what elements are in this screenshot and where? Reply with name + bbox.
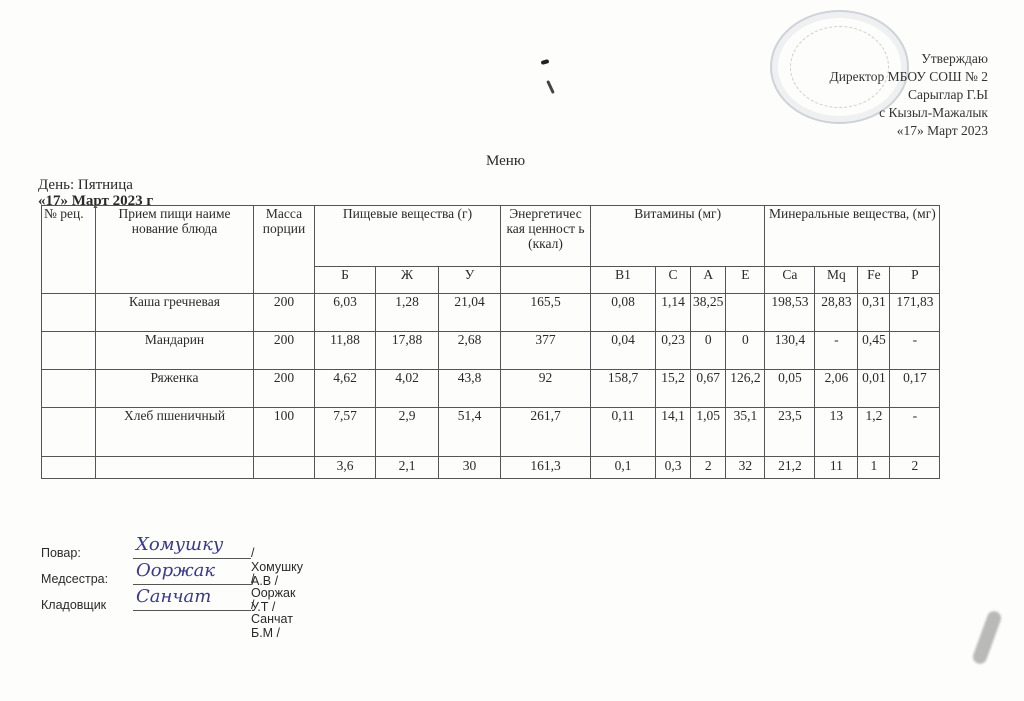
cell-ca: 21,2: [765, 457, 815, 479]
header-mass: Масса порции: [254, 206, 315, 294]
cell-ca: 0,05: [765, 370, 815, 408]
cell-no: [42, 332, 96, 370]
header-nutrients: Пищевые вещества (г): [315, 206, 501, 267]
table-body: Каша гречневая2006,031,2821,04165,50,081…: [42, 294, 940, 479]
approval-block: Утверждаю Директор МБОУ СОШ № 2 Сарыглар…: [830, 50, 989, 140]
cell-mass: 200: [254, 294, 315, 332]
signature-line: [133, 584, 251, 585]
subheader-e: E: [726, 267, 765, 294]
cell-zh: 1,28: [376, 294, 439, 332]
cell-zh: 2,1: [376, 457, 439, 479]
cell-dish: Ряженка: [96, 370, 254, 408]
table-row: Хлеб пшеничный1007,572,951,4261,70,1114,…: [42, 408, 940, 457]
header-recipe-no: № рец.: [42, 206, 96, 294]
cell-c: 15,2: [656, 370, 691, 408]
cell-b: 6,03: [315, 294, 376, 332]
cell-no: [42, 408, 96, 457]
cell-energy: 92: [501, 370, 591, 408]
cell-energy: 377: [501, 332, 591, 370]
cell-a: 2: [691, 457, 726, 479]
cell-dish: Хлеб пшеничный: [96, 408, 254, 457]
cell-ca: 130,4: [765, 332, 815, 370]
page-title: Меню: [486, 153, 525, 170]
approval-line: «17» Март 2023: [830, 122, 989, 140]
cell-p: 171,83: [890, 294, 940, 332]
handwritten-signature: Ооржак: [136, 560, 215, 581]
cell-b1: 0,1: [591, 457, 656, 479]
handwritten-signature: Хомушку: [136, 534, 223, 555]
cell-e: 32: [726, 457, 765, 479]
subheader-fat: Ж: [376, 267, 439, 294]
cell-zh: 17,88: [376, 332, 439, 370]
cell-a: 1,05: [691, 408, 726, 457]
approval-line: Директор МБОУ СОШ № 2: [830, 68, 989, 86]
subheader-ca: Ca: [765, 267, 815, 294]
cell-c: 0,3: [656, 457, 691, 479]
subheader-energy-empty: [501, 267, 591, 294]
subheader-c: C: [656, 267, 691, 294]
table-row: Каша гречневая2006,031,2821,04165,50,081…: [42, 294, 940, 332]
cell-mq: 11: [815, 457, 858, 479]
cell-b1: 0,04: [591, 332, 656, 370]
cell-b: 11,88: [315, 332, 376, 370]
table-row: Мандарин20011,8817,882,683770,040,230013…: [42, 332, 940, 370]
cell-a: 38,25: [691, 294, 726, 332]
cell-a: 0,67: [691, 370, 726, 408]
cell-a: 0: [691, 332, 726, 370]
cell-energy: 161,3: [501, 457, 591, 479]
subheader-carbs: У: [439, 267, 501, 294]
signature-role: Кладовщик: [41, 598, 106, 612]
signature-role: Повар:: [41, 546, 81, 560]
cell-mq: 13: [815, 408, 858, 457]
cell-dish: Мандарин: [96, 332, 254, 370]
cell-u: 51,4: [439, 408, 501, 457]
cell-b: 3,6: [315, 457, 376, 479]
cell-e: [726, 294, 765, 332]
approval-line: Утверждаю: [830, 50, 989, 68]
cell-fe: 0,45: [858, 332, 890, 370]
signature-name: / Санчат Б.М /: [251, 598, 293, 640]
handwritten-signature: Санчат: [136, 586, 211, 607]
cell-u: 2,68: [439, 332, 501, 370]
cell-e: 0: [726, 332, 765, 370]
cell-mass: [254, 457, 315, 479]
cell-u: 21,04: [439, 294, 501, 332]
cell-zh: 2,9: [376, 408, 439, 457]
cell-p: 0,17: [890, 370, 940, 408]
header-dish: Прием пищи наиме нование блюда: [96, 206, 254, 294]
cell-p: -: [890, 408, 940, 457]
approval-line: с Кызыл-Мажалык: [830, 104, 989, 122]
header-energy: Энергетичес кая ценност ь (ккал): [501, 206, 591, 267]
approval-line: Сарыглар Г.Ы: [830, 86, 989, 104]
signature-line: [133, 558, 251, 559]
cell-energy: 261,7: [501, 408, 591, 457]
cell-fe: 0,31: [858, 294, 890, 332]
subheader-p: P: [890, 267, 940, 294]
header-vitamins: Витамины (мг): [591, 206, 765, 267]
cell-ca: 23,5: [765, 408, 815, 457]
cell-b: 7,57: [315, 408, 376, 457]
cell-mass: 200: [254, 370, 315, 408]
cell-u: 43,8: [439, 370, 501, 408]
cell-energy: 165,5: [501, 294, 591, 332]
subheader-b1: B1: [591, 267, 656, 294]
subheader-mq: Mq: [815, 267, 858, 294]
cell-no: [42, 370, 96, 408]
cell-e: 126,2: [726, 370, 765, 408]
cell-fe: 1,2: [858, 408, 890, 457]
cell-u: 30: [439, 457, 501, 479]
cell-c: 14,1: [656, 408, 691, 457]
cell-dish: Каша гречневая: [96, 294, 254, 332]
cell-fe: 0,01: [858, 370, 890, 408]
menu-table: № рец. Прием пищи наиме нование блюда Ма…: [41, 205, 940, 479]
cell-fe: 1: [858, 457, 890, 479]
subheader-protein: Б: [315, 267, 376, 294]
cell-mq: -: [815, 332, 858, 370]
table-row: Ряженка2004,624,0243,892158,715,20,67126…: [42, 370, 940, 408]
signature-line: [133, 610, 251, 611]
cell-c: 0,23: [656, 332, 691, 370]
cell-e: 35,1: [726, 408, 765, 457]
ink-mark: [546, 80, 555, 94]
cell-b1: 0,11: [591, 408, 656, 457]
scan-smudge: [971, 609, 1003, 665]
cell-ca: 198,53: [765, 294, 815, 332]
cell-b: 4,62: [315, 370, 376, 408]
subheader-fe: Fe: [858, 267, 890, 294]
signature-role: Медсестра:: [41, 572, 108, 586]
header-minerals: Минеральные вещества, (мг): [765, 206, 940, 267]
day-label: День: Пятница: [38, 177, 133, 194]
cell-b1: 0,08: [591, 294, 656, 332]
table-row: 3,62,130161,30,10,323221,21112: [42, 457, 940, 479]
ink-mark: [541, 59, 550, 65]
cell-p: 2: [890, 457, 940, 479]
subheader-a: A: [691, 267, 726, 294]
cell-zh: 4,02: [376, 370, 439, 408]
cell-mass: 100: [254, 408, 315, 457]
cell-b1: 158,7: [591, 370, 656, 408]
cell-mass: 200: [254, 332, 315, 370]
cell-no: [42, 457, 96, 479]
cell-dish: [96, 457, 254, 479]
cell-mq: 28,83: [815, 294, 858, 332]
cell-no: [42, 294, 96, 332]
cell-c: 1,14: [656, 294, 691, 332]
cell-mq: 2,06: [815, 370, 858, 408]
cell-p: -: [890, 332, 940, 370]
